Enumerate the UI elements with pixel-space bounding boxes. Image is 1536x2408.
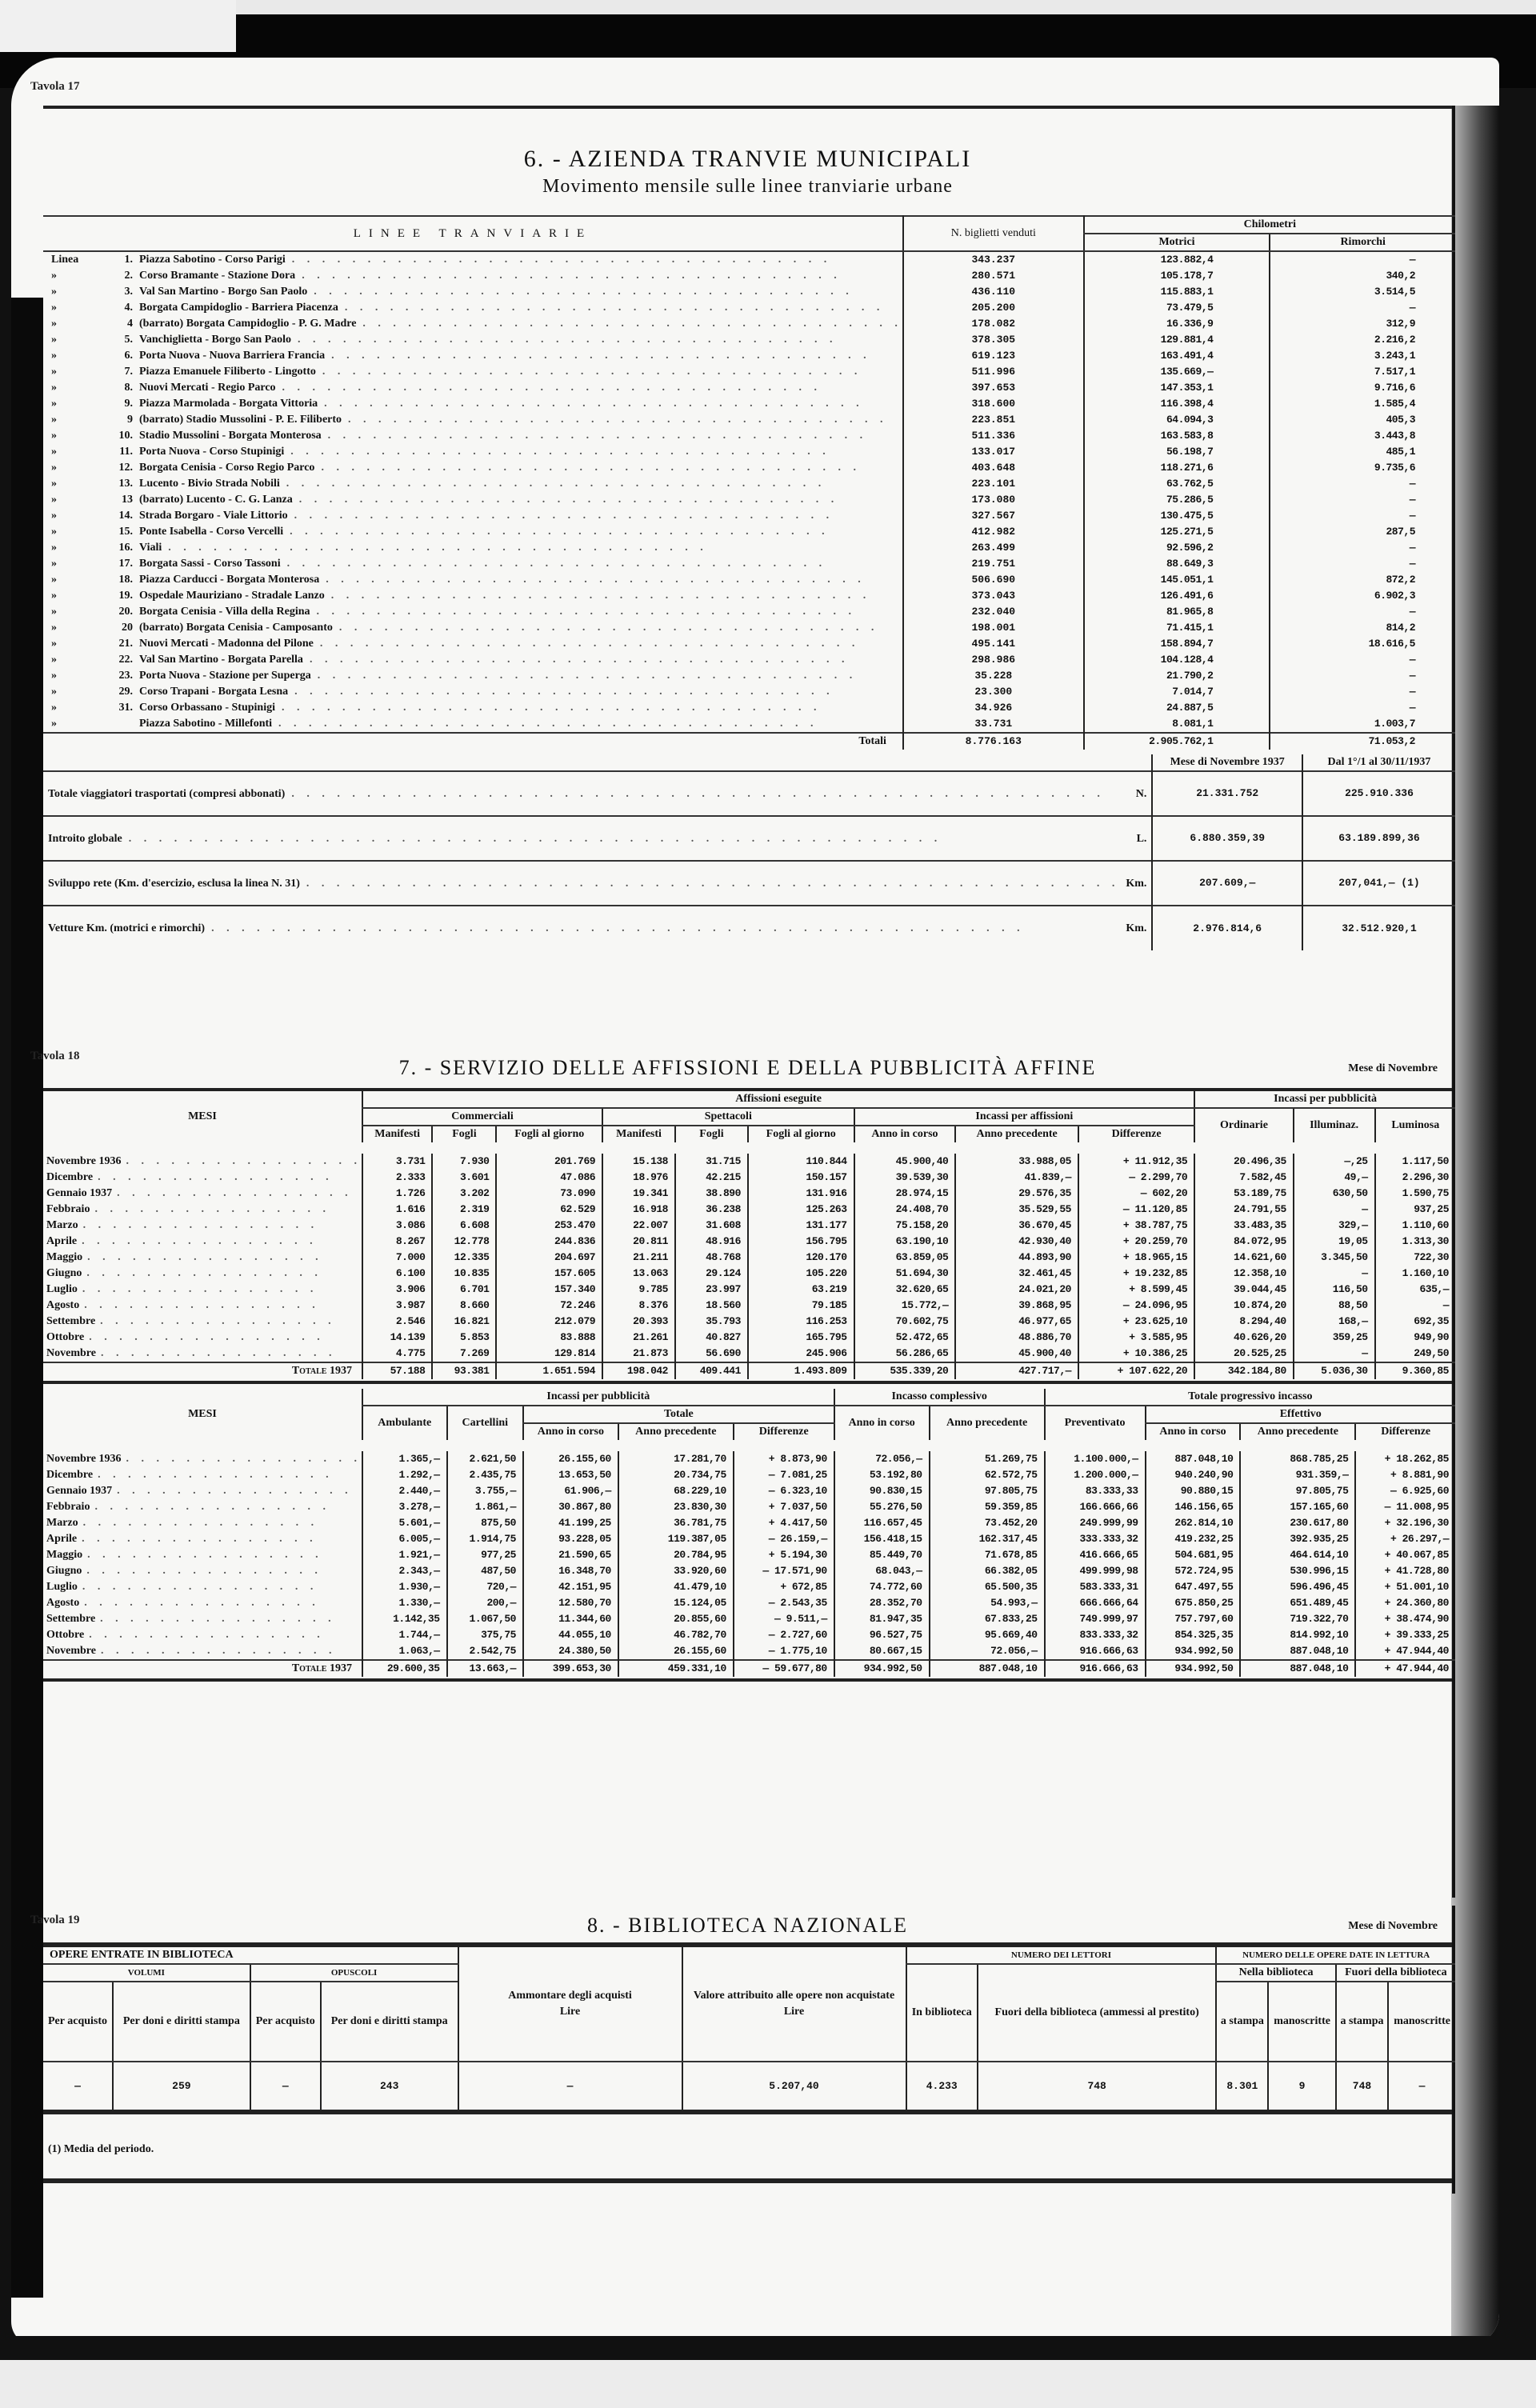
c_fog-value: 6.608 bbox=[432, 1218, 496, 1234]
line-prefix: Linea bbox=[51, 252, 93, 268]
prev-value: 333.333,32 bbox=[1045, 1531, 1146, 1547]
e_diff-value: + 41.728,80 bbox=[1355, 1563, 1455, 1579]
leader-dots: . . . . . . . . . . . . . . . . bbox=[100, 1314, 362, 1330]
ill-value: 630,50 bbox=[1294, 1186, 1375, 1202]
section-title: 8. - BIBLIOTECA NAZIONALE bbox=[43, 1906, 1452, 1938]
c_fg-value: 73.090 bbox=[496, 1186, 602, 1202]
rimorchi-value: 2.216,2 bbox=[1270, 332, 1455, 348]
leader-dots: . . . . . . . . . . . . . . . . bbox=[82, 1234, 362, 1250]
c_fg-value: 157.605 bbox=[496, 1266, 602, 1282]
t_pre-value: 33.920,60 bbox=[618, 1563, 734, 1579]
line-prefix: » bbox=[51, 508, 93, 524]
s_fog-value: 38.890 bbox=[675, 1186, 748, 1202]
t_pre-value: 46.782,70 bbox=[618, 1627, 734, 1643]
table-row: Novembre 1936. . . . . . . . . . . . . .… bbox=[43, 1148, 1455, 1170]
leader-dots: . . . . . . . . . . . . . . . . bbox=[89, 1627, 362, 1643]
c_man-value: 4.775 bbox=[362, 1346, 432, 1362]
line-name: Viali bbox=[139, 540, 162, 556]
line-number: 11. bbox=[99, 444, 133, 460]
line-prefix: » bbox=[51, 572, 93, 588]
tickets-value: 436.110 bbox=[903, 284, 1084, 300]
table-row: Febbraio. . . . . . . . . . . . . . . .3… bbox=[43, 1499, 1455, 1515]
line-name: Val San Martino - Borgo San Paolo bbox=[139, 284, 307, 300]
s_fog-value: 31.715 bbox=[675, 1148, 748, 1170]
motrici-value: 75.286,5 bbox=[1084, 492, 1270, 508]
e_diff-value: + 8.881,90 bbox=[1355, 1467, 1455, 1483]
col-preventivato: Preventivato bbox=[1045, 1406, 1146, 1446]
t_cor-value: 12.580,70 bbox=[523, 1595, 618, 1611]
col-ytd: Dal 1°/1 al 30/11/1937 bbox=[1302, 754, 1455, 771]
line-prefix: » bbox=[51, 620, 93, 636]
line-name: Borgata Campidoglio - Barriera Piacenza bbox=[139, 300, 338, 316]
motrici-value: 158.894,7 bbox=[1084, 636, 1270, 652]
rimorchi-value: — bbox=[1270, 476, 1455, 492]
motrici-value: 56.198,7 bbox=[1084, 444, 1270, 460]
month-label: Febbraio bbox=[46, 1499, 90, 1515]
ic_cor-value: 72.056,— bbox=[834, 1446, 930, 1467]
t_cor-value: 30.867,80 bbox=[523, 1499, 618, 1515]
line-name: (barrato) Stadio Mussolini - P. E. Filib… bbox=[139, 412, 342, 428]
motrici-value: 126.491,6 bbox=[1084, 588, 1270, 604]
leader-dots: . . . . . . . . . . . . . . . . . . . . … bbox=[302, 268, 902, 284]
diff-value: + 20.259,70 bbox=[1078, 1234, 1194, 1250]
ic_pre-value: 67.833,25 bbox=[930, 1611, 1045, 1627]
leader-dots: . . . . . . . . . . . . . . . . . . . . … bbox=[211, 921, 1119, 937]
a_pre-value: 48.886,70 bbox=[955, 1330, 1078, 1346]
c_fg-value: 129.814 bbox=[496, 1346, 602, 1362]
col-fuori: Fuori della biblioteca (ammessi al prest… bbox=[978, 1964, 1216, 2062]
table-row: Settembre. . . . . . . . . . . . . . . .… bbox=[43, 1314, 1455, 1330]
ic_pre-value: 51.269,75 bbox=[930, 1446, 1045, 1467]
col-volumi: VOLUMI bbox=[43, 1964, 250, 1982]
cart-value: 977,25 bbox=[447, 1547, 523, 1563]
table-row: »2.Corso Bramante - Stazione Dora. . . .… bbox=[43, 268, 1455, 284]
s_man-value: 20.393 bbox=[602, 1314, 675, 1330]
col-opere: OPERE ENTRATE IN BIBLIOTECA bbox=[43, 1947, 458, 1964]
line-number: 23. bbox=[99, 668, 133, 684]
col-ambulante: Ambulante bbox=[362, 1406, 447, 1446]
table-row: »10.Stadio Mussolini - Borgata Monterosa… bbox=[43, 428, 1455, 444]
t_diff-value: — 26.159,— bbox=[734, 1531, 834, 1547]
tickets-value: 280.571 bbox=[903, 268, 1084, 284]
line-number: 14. bbox=[99, 508, 133, 524]
diff-value: + 3.585,95 bbox=[1078, 1330, 1194, 1346]
col-anno-prec: Anno precedente bbox=[618, 1423, 734, 1446]
leader-dots: . . . . . . . . . . . . . . . . bbox=[82, 1531, 362, 1547]
table-row: Marzo. . . . . . . . . . . . . . . .5.60… bbox=[43, 1515, 1455, 1531]
s_fg-value: 125.263 bbox=[748, 1202, 854, 1218]
e_diff-value: + 51.001,10 bbox=[1355, 1579, 1455, 1595]
lum-value: 937,25 bbox=[1375, 1202, 1455, 1218]
e_diff-value: + 24.360,80 bbox=[1355, 1595, 1455, 1611]
month-label: Febbraio bbox=[46, 1202, 90, 1218]
t_pre-value: 68.229,10 bbox=[618, 1483, 734, 1499]
rimorchi-value: 9.716,6 bbox=[1270, 380, 1455, 396]
leader-dots: . . . . . . . . . . . . . . . . bbox=[83, 1515, 362, 1531]
line-name: Porta Nuova - Nuova Barriera Francia bbox=[139, 348, 325, 364]
e_cor-value: 854.325,35 bbox=[1146, 1627, 1241, 1643]
diff-value: — 24.096,95 bbox=[1078, 1298, 1194, 1314]
ic_pre-value: 72.056,— bbox=[930, 1643, 1045, 1660]
table-row: »12.Borgata Cenisia - Corso Regio Parco.… bbox=[43, 460, 1455, 476]
t_diff-value: — 6.323,10 bbox=[734, 1483, 834, 1499]
line-number: 16. bbox=[99, 540, 133, 556]
t_diff-value: — 59.677,80 bbox=[734, 1660, 834, 1677]
t_diff-value: + 4.417,50 bbox=[734, 1515, 834, 1531]
summary-row: Totale viaggiatori trasportati (compresi… bbox=[43, 771, 1455, 816]
a_cor-value: 63.190,10 bbox=[854, 1234, 956, 1250]
leader-dots: . . . . . . . . . . . . . . . . . . . . … bbox=[282, 700, 902, 716]
col-differenze: Differenze bbox=[734, 1423, 834, 1446]
ic_cor-value: 934.992,50 bbox=[834, 1660, 930, 1677]
line-name: Corso Trapani - Borgata Lesna bbox=[139, 684, 288, 700]
e_diff-value: + 39.333,25 bbox=[1355, 1627, 1455, 1643]
tickets-value: 298.986 bbox=[903, 652, 1084, 668]
s_fg-value: 63.219 bbox=[748, 1282, 854, 1298]
amb-value: 1.744,— bbox=[362, 1627, 447, 1643]
a_pre-value: 33.988,05 bbox=[955, 1148, 1078, 1170]
line-number: 12. bbox=[99, 460, 133, 476]
rimorchi-value: — bbox=[1270, 556, 1455, 572]
e_diff-value: + 38.474,90 bbox=[1355, 1611, 1455, 1627]
line-name: Piazza Marmolada - Borgata Vittoria bbox=[139, 396, 318, 412]
a_pre-value: 41.839,— bbox=[955, 1170, 1078, 1186]
table-row: — 259 — 243 — 5.207,40 4.233 748 8.301 9… bbox=[43, 2062, 1455, 2110]
ic_cor-value: 28.352,70 bbox=[834, 1595, 930, 1611]
leader-dots: . . . . . . . . . . . . . . . . . . . . … bbox=[321, 460, 902, 476]
ord-value: 84.072,95 bbox=[1194, 1234, 1294, 1250]
cart-value: 875,50 bbox=[447, 1515, 523, 1531]
line-number: 17. bbox=[99, 556, 133, 572]
lum-value: 722,30 bbox=[1375, 1250, 1455, 1266]
t_pre-value: 23.830,30 bbox=[618, 1499, 734, 1515]
table-row: »4(barrato) Borgata Campidoglio - P. G. … bbox=[43, 316, 1455, 332]
leader-dots: . . . . . . . . . . . . . . . . . . . . … bbox=[310, 652, 902, 668]
ytd-value: 207,041,— (1) bbox=[1302, 861, 1455, 906]
diff-value: + 18.965,15 bbox=[1078, 1250, 1194, 1266]
c_fg-value: 157.340 bbox=[496, 1282, 602, 1298]
s_man-value: 21.873 bbox=[602, 1346, 675, 1362]
table-row: »16.Viali. . . . . . . . . . . . . . . .… bbox=[43, 540, 1455, 556]
ord-value: 14.621,60 bbox=[1194, 1250, 1294, 1266]
t_pre-value: 26.155,60 bbox=[618, 1643, 734, 1660]
ord-value: 39.044,45 bbox=[1194, 1282, 1294, 1298]
period-label: Mese di Novembre bbox=[1348, 1062, 1438, 1075]
table-row: Gennaio 1937. . . . . . . . . . . . . . … bbox=[43, 1186, 1455, 1202]
line-name: Borgata Sassi - Corso Tassoni bbox=[139, 556, 281, 572]
leader-dots: . . . . . . . . . . . . . . . . . . . . … bbox=[168, 540, 902, 556]
table-row: »9(barrato) Stadio Mussolini - P. E. Fil… bbox=[43, 412, 1455, 428]
col-incasso-compl: Incasso complessivo bbox=[834, 1389, 1045, 1406]
month-label: Aprile bbox=[46, 1234, 77, 1250]
cart-value: 2.621,50 bbox=[447, 1446, 523, 1467]
line-number: 18. bbox=[99, 572, 133, 588]
leader-dots: . . . . . . . . . . . . . . . . . . . . … bbox=[322, 364, 902, 380]
c_fog-value: 3.202 bbox=[432, 1186, 496, 1202]
tram-summary-table: Mese di Novembre 1937 Dal 1°/1 al 30/11/… bbox=[43, 754, 1455, 950]
diff-value: + 107.622,20 bbox=[1078, 1362, 1194, 1379]
month-label: Aprile bbox=[46, 1531, 77, 1547]
ic_cor-value: 55.276,50 bbox=[834, 1499, 930, 1515]
line-name: Piazza Sabotino - Millefonti bbox=[139, 716, 272, 732]
rimorchi-value: 287,5 bbox=[1270, 524, 1455, 540]
a_cor-value: 28.974,15 bbox=[854, 1186, 956, 1202]
total-row: Totali8.776.1632.905.762,171.053,2 bbox=[43, 733, 1455, 750]
col-anno-corso: Anno in corso bbox=[523, 1423, 618, 1446]
rimorchi-value: 872,2 bbox=[1270, 572, 1455, 588]
c_man-value: 1.726 bbox=[362, 1186, 432, 1202]
ytd-value: 63.189.899,36 bbox=[1302, 816, 1455, 861]
lum-value: 635,— bbox=[1375, 1282, 1455, 1298]
c_man-value: 57.188 bbox=[362, 1362, 432, 1379]
ic_pre-value: 62.572,75 bbox=[930, 1467, 1045, 1483]
table-row: Giugno. . . . . . . . . . . . . . . .6.1… bbox=[43, 1266, 1455, 1282]
s_fog-value: 31.608 bbox=[675, 1218, 748, 1234]
table-row: »20(barrato) Borgata Cenisia - Camposant… bbox=[43, 620, 1455, 636]
line-prefix: » bbox=[51, 604, 93, 620]
t_cor-value: 26.155,60 bbox=[523, 1446, 618, 1467]
ytd-value: 225.910.336 bbox=[1302, 771, 1455, 816]
s_fog-value: 40.827 bbox=[675, 1330, 748, 1346]
tickets-value: 403.648 bbox=[903, 460, 1084, 476]
s_fog-value: 409.441 bbox=[675, 1362, 748, 1379]
col-fogli-giorno: Fogli al giorno bbox=[748, 1126, 854, 1148]
c_man-value: 2.333 bbox=[362, 1170, 432, 1186]
line-prefix: » bbox=[51, 492, 93, 508]
s_fg-value: 116.253 bbox=[748, 1314, 854, 1330]
c_fg-value: 62.529 bbox=[496, 1202, 602, 1218]
leader-dots: . . . . . . . . . . . . . . . . . . . . … bbox=[362, 316, 902, 332]
col-illuminaz: Illuminaz. bbox=[1294, 1108, 1375, 1148]
summary-row: Vetture Km. (motrici e rimorchi). . . . … bbox=[43, 906, 1455, 950]
t_diff-value: — 1.775,10 bbox=[734, 1643, 834, 1660]
motrici-value: 116.398,4 bbox=[1084, 396, 1270, 412]
motrici-value: 163.583,8 bbox=[1084, 428, 1270, 444]
line-prefix: » bbox=[51, 332, 93, 348]
col-mesi: MESI bbox=[43, 1389, 362, 1446]
table-row: Agosto. . . . . . . . . . . . . . . .3.9… bbox=[43, 1298, 1455, 1314]
t_diff-value: + 5.194,30 bbox=[734, 1547, 834, 1563]
leader-dots: . . . . . . . . . . . . . . . . . . . . … bbox=[292, 252, 902, 268]
e_cor-value: 419.232,25 bbox=[1146, 1531, 1241, 1547]
line-prefix: » bbox=[51, 444, 93, 460]
table-row: »13.Lucento - Bivio Strada Nobili. . . .… bbox=[43, 476, 1455, 492]
cart-value: 720,— bbox=[447, 1579, 523, 1595]
table-row: »14.Strada Borgaro - Viale Littorio. . .… bbox=[43, 508, 1455, 524]
a_cor-value: 535.339,20 bbox=[854, 1362, 956, 1379]
leader-dots: . . . . . . . . . . . . . . . . . . . . … bbox=[345, 300, 902, 316]
a_pre-value: 24.021,20 bbox=[955, 1282, 1078, 1298]
s_fg-value: 131.177 bbox=[748, 1218, 854, 1234]
line-number: 29. bbox=[99, 684, 133, 700]
lum-value: 2.296,30 bbox=[1375, 1170, 1455, 1186]
rimorchi-value: — bbox=[1270, 652, 1455, 668]
c_man-value: 3.731 bbox=[362, 1148, 432, 1170]
section-title: 7. - SERVIZIO DELLE AFFISSIONI E DELLA P… bbox=[43, 1050, 1452, 1080]
table-row: »22.Val San Martino - Borgata Parella. .… bbox=[43, 652, 1455, 668]
ic_cor-value: 80.667,15 bbox=[834, 1643, 930, 1660]
a_pre-value: 42.930,40 bbox=[955, 1234, 1078, 1250]
diff-value: — 2.299,70 bbox=[1078, 1170, 1194, 1186]
lum-value: 9.360,85 bbox=[1375, 1362, 1455, 1379]
prev-value: 666.666,64 bbox=[1045, 1595, 1146, 1611]
amb-value: 1.142,35 bbox=[362, 1611, 447, 1627]
col-incassi-pub: Incassi per pubblicità bbox=[1194, 1091, 1455, 1108]
line-name: Vanchiglietta - Borgo San Paolo bbox=[139, 332, 291, 348]
a_pre-value: 36.670,45 bbox=[955, 1218, 1078, 1234]
prev-value: 583.333,31 bbox=[1045, 1579, 1146, 1595]
month-label: Novembre 1936 bbox=[46, 1451, 121, 1467]
line-number: 5. bbox=[99, 332, 133, 348]
ic_pre-value: 73.452,20 bbox=[930, 1515, 1045, 1531]
leader-dots: . . . . . . . . . . . . . . . . bbox=[101, 1643, 362, 1659]
e_pre-value: 931.359,— bbox=[1240, 1467, 1355, 1483]
table-row: »15.Ponte Isabella - Corso Vercelli. . .… bbox=[43, 524, 1455, 540]
leader-dots: . . . . . . . . . . . . . . . . . . . . … bbox=[314, 284, 902, 300]
tickets-value: 327.567 bbox=[903, 508, 1084, 524]
line-number: 2. bbox=[99, 268, 133, 284]
col-fuori-bib: Fuori della biblioteca bbox=[1336, 1964, 1455, 1982]
ic_cor-value: 81.947,35 bbox=[834, 1611, 930, 1627]
ic_cor-value: 156.418,15 bbox=[834, 1531, 930, 1547]
line-prefix: » bbox=[51, 524, 93, 540]
c_man-value: 3.086 bbox=[362, 1218, 432, 1234]
line-name: Ponte Isabella - Corso Vercelli bbox=[139, 524, 283, 540]
c_man-value: 6.100 bbox=[362, 1266, 432, 1282]
tickets-value: 35.228 bbox=[903, 668, 1084, 684]
tickets-value: 232.040 bbox=[903, 604, 1084, 620]
motrici-value: 21.790,2 bbox=[1084, 668, 1270, 684]
t_cor-value: 21.590,65 bbox=[523, 1547, 618, 1563]
diff-value: + 11.912,35 bbox=[1078, 1148, 1194, 1170]
e_diff-value: + 47.944,40 bbox=[1355, 1660, 1455, 1677]
line-number: 4 bbox=[99, 316, 133, 332]
motrici-value: 63.762,5 bbox=[1084, 476, 1270, 492]
tickets-value: 223.851 bbox=[903, 412, 1084, 428]
tickets-value: 511.336 bbox=[903, 428, 1084, 444]
amb-value: 6.005,— bbox=[362, 1531, 447, 1547]
table-row: Ottobre. . . . . . . . . . . . . . . .1.… bbox=[43, 1627, 1455, 1643]
table-row: Luglio. . . . . . . . . . . . . . . .3.9… bbox=[43, 1282, 1455, 1298]
t_pre-value: 36.781,75 bbox=[618, 1515, 734, 1531]
line-number: 20 bbox=[99, 620, 133, 636]
c_fog-value: 10.835 bbox=[432, 1266, 496, 1282]
c_fg-value: 72.246 bbox=[496, 1298, 602, 1314]
tickets-value: 23.300 bbox=[903, 684, 1084, 700]
ord-value: 20.496,35 bbox=[1194, 1148, 1294, 1170]
table-row: »9.Piazza Marmolada - Borgata Vittoria. … bbox=[43, 396, 1455, 412]
e_diff-value: — 11.008,95 bbox=[1355, 1499, 1455, 1515]
summary-label: Introito globale bbox=[48, 831, 122, 847]
c_fg-value: 204.697 bbox=[496, 1250, 602, 1266]
summary-row: Sviluppo rete (Km. d'esercizio, esclusa … bbox=[43, 861, 1455, 906]
t_diff-value: — 9.511,— bbox=[734, 1611, 834, 1627]
e_pre-value: 887.048,10 bbox=[1240, 1660, 1355, 1677]
s_fg-value: 150.157 bbox=[748, 1170, 854, 1186]
scan-bottom-border bbox=[0, 2336, 1536, 2408]
line-prefix: » bbox=[51, 668, 93, 684]
leader-dots: . . . . . . . . . . . . . . . . bbox=[84, 1595, 362, 1611]
leader-dots: . . . . . . . . . . . . . . . . bbox=[89, 1330, 362, 1346]
e_diff-value: — 6.925,60 bbox=[1355, 1483, 1455, 1499]
e_pre-value: 230.617,80 bbox=[1240, 1515, 1355, 1531]
leader-dots: . . . . . . . . . . . . . . . . . . . . … bbox=[318, 668, 902, 684]
table-row: »19.Ospedale Mauriziano - Stradale Lanzo… bbox=[43, 588, 1455, 604]
ic_cor-value: 90.830,15 bbox=[834, 1483, 930, 1499]
e_pre-value: 814.992,10 bbox=[1240, 1627, 1355, 1643]
table-row: Linea1.Piazza Sabotino - Corso Parigi. .… bbox=[43, 251, 1455, 268]
s_fg-value: 1.493.809 bbox=[748, 1362, 854, 1379]
e_diff-value: + 26.297,— bbox=[1355, 1531, 1455, 1547]
leader-dots: . . . . . . . . . . . . . . . . bbox=[126, 1451, 362, 1467]
leader-dots: . . . . . . . . . . . . . . . . . . . . … bbox=[339, 620, 902, 636]
tickets-value: 373.043 bbox=[903, 588, 1084, 604]
line-prefix: » bbox=[51, 348, 93, 364]
s_fog-value: 35.793 bbox=[675, 1314, 748, 1330]
tickets-value: 198.001 bbox=[903, 620, 1084, 636]
a_pre-value: 44.893,90 bbox=[955, 1250, 1078, 1266]
line-name: Piazza Emanuele Filiberto - Lingotto bbox=[139, 364, 316, 380]
rimorchi-value: 1.003,7 bbox=[1270, 716, 1455, 733]
table-row: »3.Val San Martino - Borgo San Paolo. . … bbox=[43, 284, 1455, 300]
month-label: Agosto bbox=[46, 1298, 79, 1314]
e_pre-value: 719.322,70 bbox=[1240, 1611, 1355, 1627]
ord-value: 24.791,55 bbox=[1194, 1202, 1294, 1218]
line-number: 19. bbox=[99, 588, 133, 604]
a_cor-value: 63.859,05 bbox=[854, 1250, 956, 1266]
total-row: Totale 193729.600,3513.663,—399.653,3045… bbox=[43, 1660, 1455, 1677]
leader-dots: . . . . . . . . . . . . . . . . bbox=[117, 1186, 362, 1202]
ill-value: 168,— bbox=[1294, 1314, 1375, 1330]
rimorchi-value: 1.585,4 bbox=[1270, 396, 1455, 412]
diff-value: + 23.625,10 bbox=[1078, 1314, 1194, 1330]
a_cor-value: 56.286,65 bbox=[854, 1346, 956, 1362]
tickets-value: 495.141 bbox=[903, 636, 1084, 652]
tickets-value: 318.600 bbox=[903, 396, 1084, 412]
t_cor-value: 11.344,60 bbox=[523, 1611, 618, 1627]
leader-dots: . . . . . . . . . . . . . . . . . . . . … bbox=[326, 572, 902, 588]
lum-value: 1.160,10 bbox=[1375, 1266, 1455, 1282]
leader-dots: . . . . . . . . . . . . . . . . . . . . … bbox=[320, 636, 902, 652]
s_man-value: 16.918 bbox=[602, 1202, 675, 1218]
rimorchi-value: 3.514,5 bbox=[1270, 284, 1455, 300]
pubblicita-table: MESI Incassi per pubblicità Incasso comp… bbox=[43, 1389, 1455, 1677]
ord-value: 33.483,35 bbox=[1194, 1218, 1294, 1234]
motrici-value: 16.336,9 bbox=[1084, 316, 1270, 332]
motrici-value: 115.883,1 bbox=[1084, 284, 1270, 300]
t_pre-value: 15.124,05 bbox=[618, 1595, 734, 1611]
table-row: »29.Corso Trapani - Borgata Lesna. . . .… bbox=[43, 684, 1455, 700]
ic_pre-value: 54.993,— bbox=[930, 1595, 1045, 1611]
month-label: Novembre bbox=[46, 1643, 96, 1659]
c_man-value: 8.267 bbox=[362, 1234, 432, 1250]
tickets-value: 412.982 bbox=[903, 524, 1084, 540]
s_man-value: 9.785 bbox=[602, 1282, 675, 1298]
ord-value: 10.874,20 bbox=[1194, 1298, 1294, 1314]
month-label: Ottobre bbox=[46, 1330, 84, 1346]
prev-value: 749.999,97 bbox=[1045, 1611, 1146, 1627]
motrici-value: 123.882,4 bbox=[1084, 251, 1270, 268]
line-name: Corso Orbassano - Stupinigi bbox=[139, 700, 275, 716]
leader-dots: . . . . . . . . . . . . . . . . bbox=[94, 1202, 362, 1218]
ord-value: 7.582,45 bbox=[1194, 1170, 1294, 1186]
leader-dots: . . . . . . . . . . . . . . . . bbox=[83, 1218, 362, 1234]
table-row: Novembre. . . . . . . . . . . . . . . .4… bbox=[43, 1346, 1455, 1362]
rimorchi-value: 405,3 bbox=[1270, 412, 1455, 428]
table-row: »18.Piazza Carducci - Borgata Monterosa.… bbox=[43, 572, 1455, 588]
table-row: Dicembre. . . . . . . . . . . . . . . .1… bbox=[43, 1467, 1455, 1483]
e_cor-value: 887.048,10 bbox=[1146, 1446, 1241, 1467]
